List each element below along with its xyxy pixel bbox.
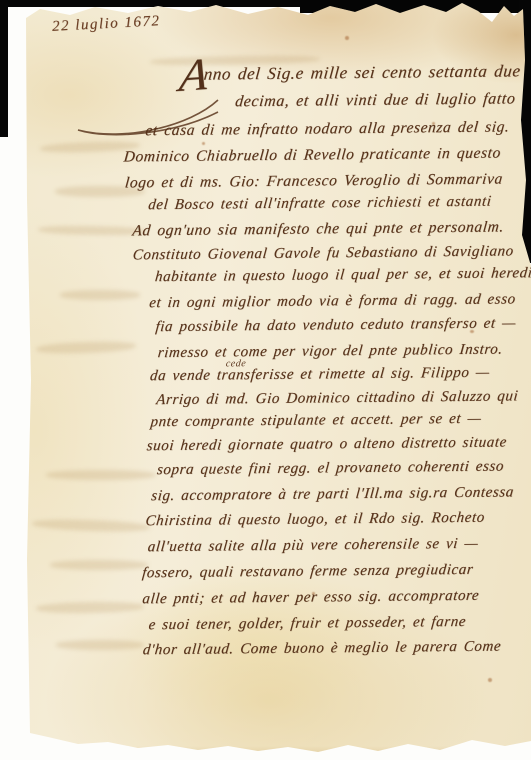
text-line: Chiristina di questo luogo, et il Rdo si… xyxy=(145,510,486,531)
text-line: nno del Sig.e mille sei cento settanta d… xyxy=(203,61,531,85)
text-line: decima, et alli vinti due di luglio fatt… xyxy=(234,89,531,111)
text-line: da vende transferisse et rimette al sig.… xyxy=(149,365,490,386)
scanned-manuscript-photo: 22 luglio 1672 A nno del Sig.e mille sei… xyxy=(0,0,531,760)
text-line: alle pnti; et ad haver per esso sig. acc… xyxy=(141,588,479,609)
text-line: fia possibile ha dato venduto ceduto tra… xyxy=(155,315,517,336)
text-line: sopra queste fini regg. el provaneto coh… xyxy=(156,458,505,479)
interlinear-correction: cede xyxy=(225,358,246,369)
text-line: sig. accompratore à tre parti l'Ill.ma s… xyxy=(150,484,514,505)
text-line: e suoi tener, golder, fruir et posseder,… xyxy=(148,614,467,634)
manuscript-text: nno del Sig.e mille sei cento settanta d… xyxy=(0,0,531,760)
text-line: all'uetta salite alla più vere coherensi… xyxy=(147,536,479,556)
text-line: habitante in questo luogo il qual per se… xyxy=(154,265,531,286)
text-line: et in ogni miglior modo via è forma di r… xyxy=(148,291,516,312)
text-line: Arrigo di md. Gio Dominico cittadino di … xyxy=(155,388,519,409)
text-line: del Bosco testi all'infratte cose richie… xyxy=(147,194,492,215)
text-line: pnte comprante stipulante et accett. per… xyxy=(150,411,483,431)
text-line: suoi heredi giornate quatro o alteno dis… xyxy=(146,434,508,455)
scanner-background-left xyxy=(0,0,8,137)
text-line: Constituto Giovenal Gavole fu Sebastiano… xyxy=(132,243,515,264)
text-line: Dominico Chiabruello di Revello pratican… xyxy=(123,145,502,167)
text-line: Ad ogn'uno sia manifesto che qui pnte et… xyxy=(132,218,505,240)
text-line: logo et di ms. Gio: Francesco Veroglio d… xyxy=(124,170,504,192)
text-line: d'hor all'aud. Come buono è meglio le pa… xyxy=(142,639,502,660)
text-line: fossero, quali restavano ferme senza pre… xyxy=(141,562,474,582)
text-line: rimesso et come per vigor del pnte publi… xyxy=(157,342,504,363)
manuscript-page: 22 luglio 1672 A nno del Sig.e mille sei… xyxy=(0,0,531,760)
text-line: et casa di me infratto nodaro alla prese… xyxy=(145,118,511,140)
